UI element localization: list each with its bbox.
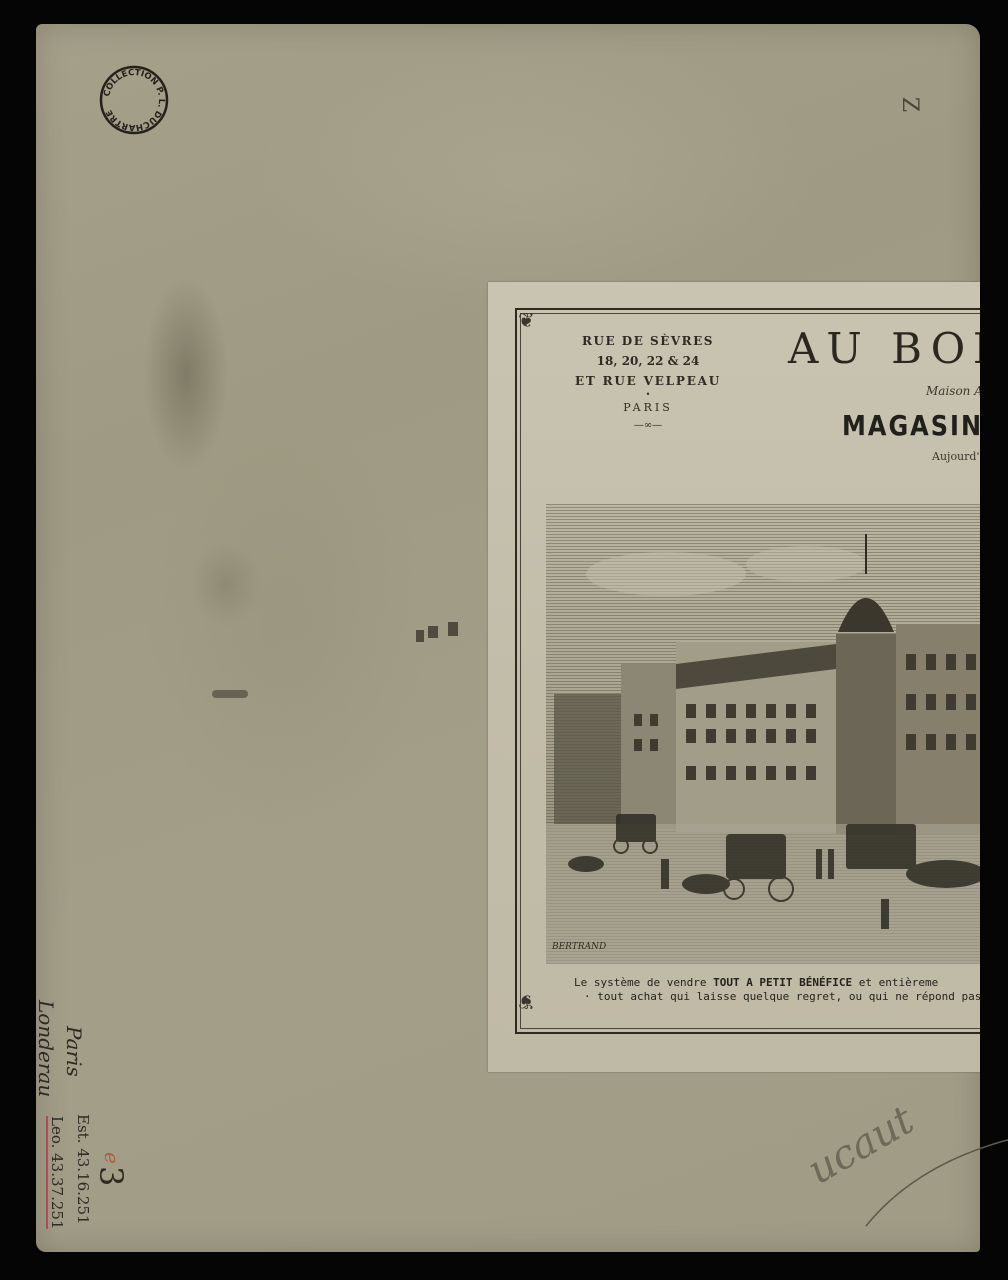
address-dot: •	[568, 390, 728, 399]
engraver-signature: BERTRAND	[552, 942, 606, 952]
address-ornament: —∞—	[568, 420, 728, 431]
au-bon-marche-advertisement: ❦ ❦ RUE DE SÈVRES 18, 20, 22 & 24 ET RUE…	[488, 282, 980, 1072]
shelfmark-leo: Leo. 43.37.251	[46, 1116, 66, 1229]
slogan-text: et entièreme	[852, 976, 938, 989]
slogan-emphasis: TOUT A PETIT BÉNÉFICE	[713, 976, 852, 989]
archival-card: COLLECTION P. L. DUCHARTRE Z ❦ ❦ RUE DE …	[36, 24, 980, 1252]
store-engraving-illustration	[546, 504, 980, 964]
ink-stain	[212, 690, 248, 698]
engraving-drawing	[546, 504, 980, 964]
corner-flourish-icon: ❦	[518, 992, 535, 1012]
svg-text:COLLECTION P. L. DUCHARTRE: COLLECTION P. L. DUCHARTRE	[102, 68, 166, 132]
address-street: RUE DE SÈVRES	[568, 334, 728, 348]
pencil-stroke	[856, 1134, 1008, 1234]
handwritten-city: Paris	[62, 1026, 86, 1077]
magasins-heading: MAGASINS	[842, 410, 980, 442]
ad-slogan: Le système de vendre TOUT A PETIT BÉNÉFI…	[574, 976, 980, 1004]
address-numbers: 18, 20, 22 & 24	[568, 354, 728, 368]
slogan-line-1: Le système de vendre TOUT A PETIT BÉNÉFI…	[574, 976, 980, 990]
corner-pencil-mark: Z	[897, 97, 922, 112]
slogan-text: Le système de vendre	[574, 976, 713, 989]
brand-title: AU BON	[788, 324, 980, 373]
ink-stain	[428, 626, 438, 638]
collection-stamp: COLLECTION P. L. DUCHARTRE	[98, 64, 170, 136]
corner-flourish-icon: ❦	[518, 310, 535, 330]
aujourdhui-text: Aujourd'hui	[932, 450, 980, 463]
folio-prefix: e	[100, 1152, 124, 1164]
folio-number: 3	[92, 1166, 130, 1186]
store-address: RUE DE SÈVRES 18, 20, 22 & 24 ET RUE VEL…	[568, 334, 728, 431]
address-city: PARIS	[568, 401, 728, 414]
ink-stain	[416, 630, 424, 642]
ink-stain	[448, 622, 458, 636]
shelfmark-est: Est. 43.16.251	[74, 1114, 92, 1225]
stamp-text: COLLECTION P. L. DUCHARTRE	[102, 68, 166, 132]
slogan-line-2: · tout achat qui laisse quelque regret, …	[574, 990, 980, 1004]
address-street-2: ET RUE VELPEAU	[568, 374, 728, 388]
handwritten-name: Londerau	[34, 1000, 58, 1097]
maison-subtitle: Maison Ar	[926, 384, 980, 398]
